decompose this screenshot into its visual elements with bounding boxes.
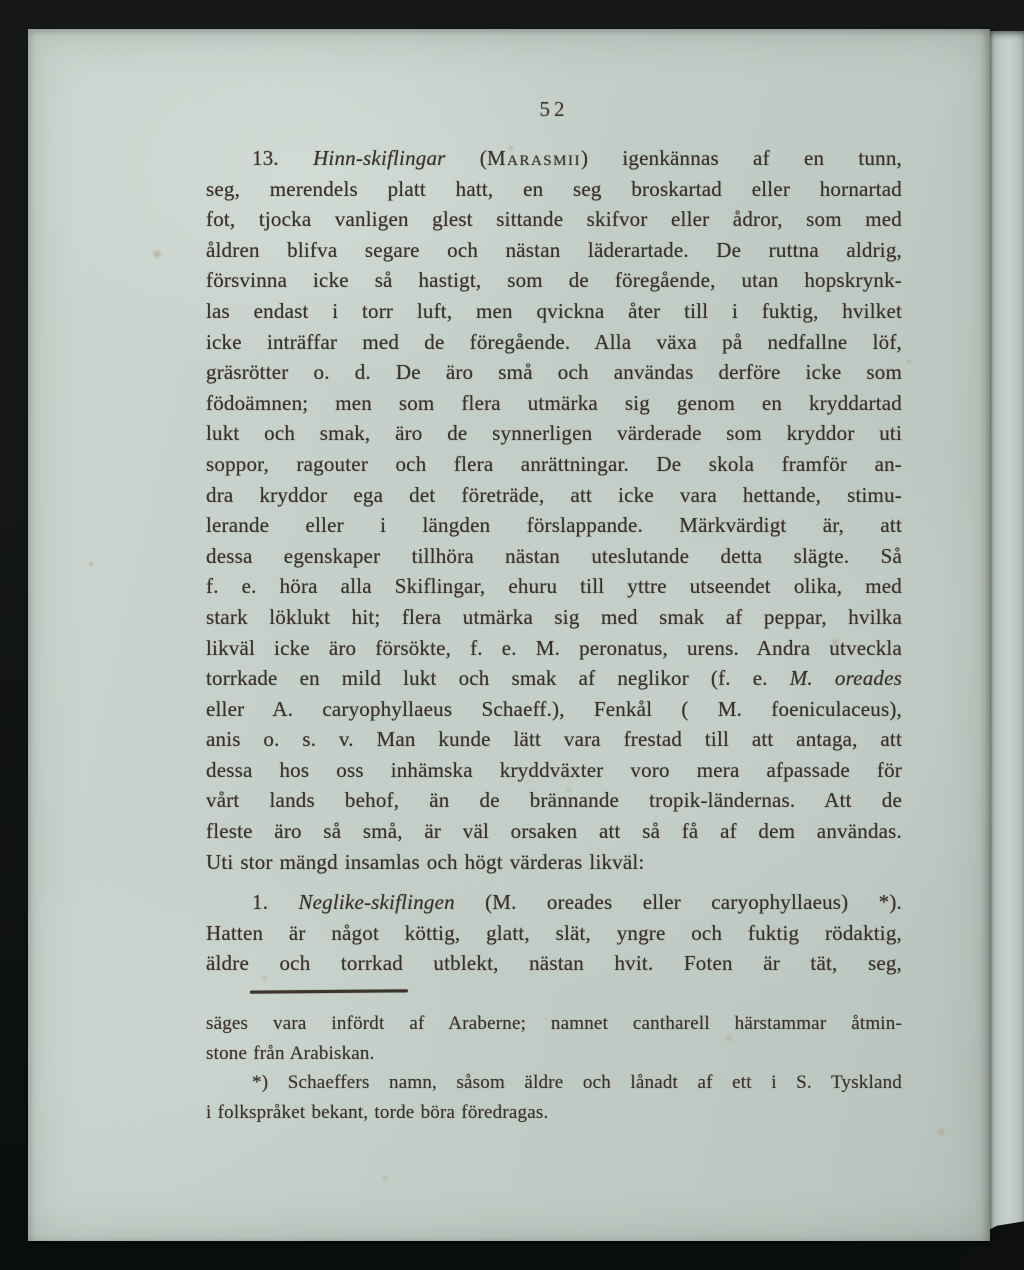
footnote-line: *) Schaeffers namn, såsom äldre och låna… [206, 1068, 902, 1098]
page-number: 52 [206, 97, 902, 122]
paragraph-line: försvinna icke så hastigt, som de föregå… [206, 265, 902, 296]
footnote-rule [250, 989, 408, 993]
paragraph-line: anis o. s. v. Man kunde lätt vara fresta… [206, 724, 902, 755]
paragraph-line: stark löklukt hit; flera utmärka sig med… [206, 602, 902, 633]
paragraph-line: äldre och torrkad utblekt, nästan hvit. … [206, 948, 902, 979]
paragraph-line: las endast i torr luft, men qvickna åter… [206, 296, 902, 327]
item-number: 1. [252, 890, 298, 914]
paragraph-line: torrkade en mild lukt och smak af neglik… [206, 663, 902, 694]
book-page-edge [984, 31, 1024, 1252]
footnote-line: säges vara infördt af Araberne; namnet c… [206, 1009, 902, 1039]
footnote-line: stone från Arabiskan. [206, 1039, 902, 1069]
text-segment: (M. oreades eller caryophyllaeus) *). [455, 890, 902, 914]
paper-stains [28, 29, 30, 31]
book-page: 52 13. Hinn-skiflingar (Marasmii) igenkä… [28, 29, 990, 1241]
paragraph-line: Hatten är något köttig, glatt, slät, yng… [206, 918, 902, 949]
species-name-italic: Neglike-skiflingen [298, 890, 454, 914]
paragraph-line: f. e. höra alla Skiflingar, ehuru till y… [206, 571, 902, 602]
paragraph-line: soppor, ragouter och flera anrättningar.… [206, 449, 902, 480]
genus-name-smallcaps: Marasmii [487, 146, 581, 170]
paragraph-line: födoämnen; men som flera utmärka sig gen… [206, 388, 902, 419]
paragraph-line: fot, tjocka vanligen glest sittande skif… [206, 204, 902, 235]
paragraph-line: lerande eller i längden förslappande. Mä… [206, 510, 902, 541]
scan-photo: 52 13. Hinn-skiflingar (Marasmii) igenkä… [0, 0, 1024, 1270]
footnote-line: i folkspråket bekant, torde böra föredra… [206, 1098, 902, 1128]
species-name-italic: Hinn-skiflingar [313, 146, 446, 170]
species-name-italic: M. oreades [790, 666, 902, 690]
paragraph-line: dra kryddor ega det företräde, att icke … [206, 480, 902, 511]
paragraph-line: fleste äro så små, är väl orsaken att så… [206, 816, 902, 847]
paragraph-line: vårt lands behof, än de brännande tropik… [206, 785, 902, 816]
text-segment: ) igenkännas af en tunn, [581, 146, 902, 170]
paragraph-line: åldren blifva segare och nästan läderart… [206, 235, 902, 266]
paragraph-line: Uti stor mängd insamlas och högt värdera… [206, 847, 902, 878]
text-segment: ( [446, 146, 487, 170]
paragraph-line: likväl icke äro försökte, f. e. M. peron… [206, 633, 902, 664]
paragraph-line: dessa egenskaper tillhöra nästan uteslut… [206, 541, 902, 572]
paragraph-line: seg, merendels platt hatt, en seg broska… [206, 174, 902, 205]
paragraph-line: lukt och smak, äro de synnerligen värder… [206, 418, 902, 449]
section-number: 13. [252, 146, 313, 170]
paragraph-line: dessa hos oss inhämska kryddväxter voro … [206, 755, 902, 786]
text-segment: torrkade en mild lukt och smak af neglik… [206, 666, 790, 690]
text-block: 13. Hinn-skiflingar (Marasmii) igenkänna… [206, 143, 902, 1127]
paragraph-line: gräsrötter o. d. De äro små och användas… [206, 357, 902, 388]
paragraph-line: 13. Hinn-skiflingar (Marasmii) igenkänna… [206, 143, 902, 174]
paragraph-line: 1. Neglike-skiflingen (M. oreades eller … [206, 887, 902, 918]
paragraph-line: eller A. caryophyllaeus Schaeff.), Fenkå… [206, 694, 902, 725]
footnotes: säges vara infördt af Araberne; namnet c… [206, 1009, 902, 1127]
paragraph-line: icke inträffar med de föregående. Alla v… [206, 327, 902, 358]
